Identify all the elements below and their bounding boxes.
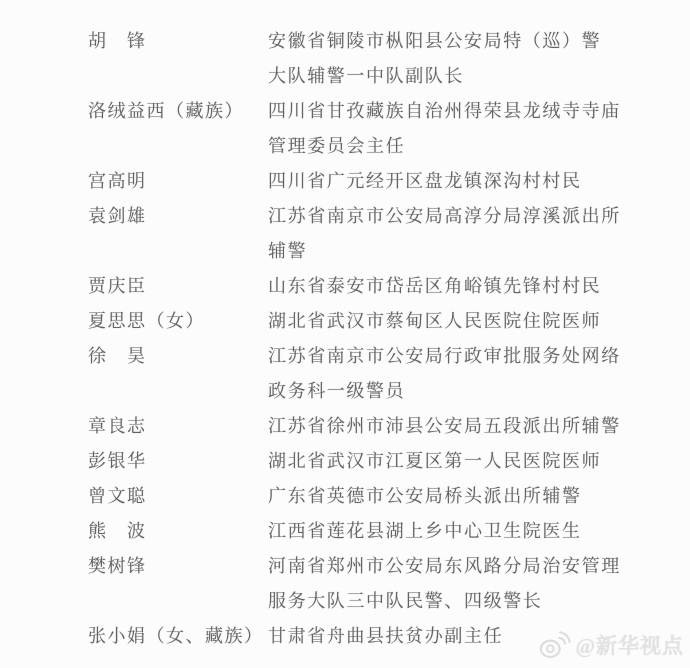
honoree-name: 夏思思（女） [88,304,268,339]
list-item: 洛绒益西（藏族） 四川省甘孜藏族自治州得荣县龙绒寺寺庙 管理委员会主任 [88,94,621,164]
honoree-name: 熊 波 [88,514,268,549]
honoree-description: 四川省甘孜藏族自治州得荣县龙绒寺寺庙 管理委员会主任 [268,94,621,164]
honoree-name: 胡 锋 [88,24,268,59]
description-line: 山东省泰安市岱岳区角峪镇先锋村村民 [268,269,601,304]
description-line: 政务科一级警员 [268,374,621,409]
description-line: 服务大队三中队民警、四级警长 [268,584,621,619]
honoree-name: 张小娟（女、藏族） [88,619,268,654]
weibo-icon [537,628,571,662]
description-line: 江西省莲花县湖上乡中心卫生院医生 [268,514,582,549]
list-item: 夏思思（女） 湖北省武汉市蔡甸区人民医院住院医师 [88,304,621,339]
description-line: 管理委员会主任 [268,129,621,164]
watermark-handle: @新华视点 [575,630,684,660]
honoree-name: 洛绒益西（藏族） [88,94,268,129]
list-item: 熊 波 江西省莲花县湖上乡中心卫生院医生 [88,514,621,549]
description-line: 江苏省徐州市沛县公安局五段派出所辅警 [268,409,621,444]
description-line: 江苏省南京市公安局高淳分局淳溪派出所 [268,199,621,234]
list-item: 曾文聪 广东省英德市公安局桥头派出所辅警 [88,479,621,514]
honoree-description: 湖北省武汉市江夏区第一人民医院医师 [268,444,601,479]
description-line: 广东省英德市公安局桥头派出所辅警 [268,479,582,514]
description-line: 四川省广元经开区盘龙镇深沟村村民 [268,164,582,199]
description-line: 湖北省武汉市蔡甸区人民医院住院医师 [268,304,601,339]
description-line: 四川省甘孜藏族自治州得荣县龙绒寺寺庙 [268,94,621,129]
description-line: 大队辅警一中队副队长 [268,59,601,94]
description-line: 河南省郑州市公安局东风路分局治安管理 [268,549,621,584]
description-line: 湖北省武汉市江夏区第一人民医院医师 [268,444,601,479]
list-item: 彭银华 湖北省武汉市江夏区第一人民医院医师 [88,444,621,479]
list-item: 胡 锋 安徽省铜陵市枞阳县公安局特（巡）警 大队辅警一中队副队长 [88,24,621,94]
honoree-description: 安徽省铜陵市枞阳县公安局特（巡）警 大队辅警一中队副队长 [268,24,601,94]
description-line: 甘肃省舟曲县扶贫办副主任 [268,619,503,654]
list-item: 樊树锋 河南省郑州市公安局东风路分局治安管理 服务大队三中队民警、四级警长 [88,549,621,619]
honoree-description: 河南省郑州市公安局东风路分局治安管理 服务大队三中队民警、四级警长 [268,549,621,619]
honoree-description: 江苏省南京市公安局高淳分局淳溪派出所 辅警 [268,199,621,269]
honoree-description: 江苏省南京市公安局行政审批服务处网络 政务科一级警员 [268,339,621,409]
honoree-name: 徐 昊 [88,339,268,374]
honoree-description: 甘肃省舟曲县扶贫办副主任 [268,619,503,654]
honoree-name: 宫高明 [88,164,268,199]
honoree-name: 彭银华 [88,444,268,479]
document-page: 胡 锋 安徽省铜陵市枞阳县公安局特（巡）警 大队辅警一中队副队长 洛绒益西（藏族… [0,0,690,668]
honoree-description: 四川省广元经开区盘龙镇深沟村村民 [268,164,582,199]
honoree-name: 章良志 [88,409,268,444]
honoree-description: 湖北省武汉市蔡甸区人民医院住院医师 [268,304,601,339]
list-item: 袁剑雄 江苏省南京市公安局高淳分局淳溪派出所 辅警 [88,199,621,269]
honoree-description: 江西省莲花县湖上乡中心卫生院医生 [268,514,582,549]
honoree-name: 袁剑雄 [88,199,268,234]
watermark: @新华视点 [537,628,684,662]
honoree-description: 广东省英德市公安局桥头派出所辅警 [268,479,582,514]
honoree-list: 胡 锋 安徽省铜陵市枞阳县公安局特（巡）警 大队辅警一中队副队长 洛绒益西（藏族… [88,24,621,654]
honoree-description: 山东省泰安市岱岳区角峪镇先锋村村民 [268,269,601,304]
honoree-name: 贾庆臣 [88,269,268,304]
description-line: 安徽省铜陵市枞阳县公安局特（巡）警 [268,24,601,59]
description-line: 江苏省南京市公安局行政审批服务处网络 [268,339,621,374]
honoree-description: 江苏省徐州市沛县公安局五段派出所辅警 [268,409,621,444]
honoree-name: 樊树锋 [88,549,268,584]
list-item: 章良志 江苏省徐州市沛县公安局五段派出所辅警 [88,409,621,444]
list-item: 宫高明 四川省广元经开区盘龙镇深沟村村民 [88,164,621,199]
list-item: 徐 昊 江苏省南京市公安局行政审批服务处网络 政务科一级警员 [88,339,621,409]
honoree-name: 曾文聪 [88,479,268,514]
list-item: 贾庆臣 山东省泰安市岱岳区角峪镇先锋村村民 [88,269,621,304]
description-line: 辅警 [268,234,621,269]
